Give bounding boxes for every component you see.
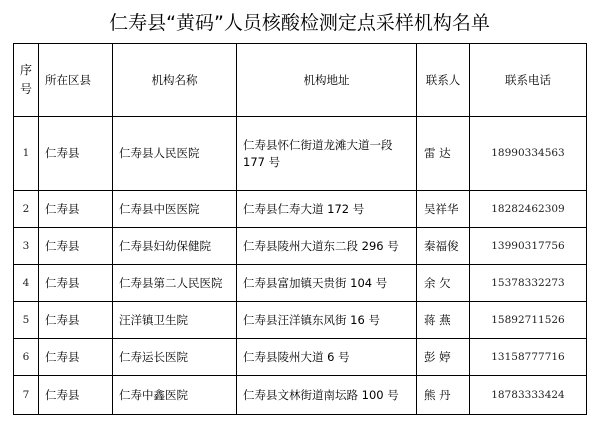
- header-phone: 联系电话: [470, 44, 587, 117]
- cell-district: 仁寿县: [39, 117, 113, 191]
- table-row: 7 仁寿县 仁寿中鑫医院 仁寿县文林街道南坛路 100 号 熊 丹 187833…: [14, 376, 587, 415]
- cell-seq: 5: [14, 302, 39, 339]
- cell-district: 仁寿县: [39, 228, 113, 265]
- cell-seq: 1: [14, 117, 39, 191]
- table-header-row: 序号 所在区县 机构名称 机构地址 联系人 联系电话: [14, 44, 587, 117]
- cell-institution: 仁寿县第二人民医院: [113, 265, 237, 302]
- cell-seq: 6: [14, 339, 39, 376]
- cell-district: 仁寿县: [39, 302, 113, 339]
- cell-phone: 15892711526: [470, 302, 587, 339]
- cell-district: 仁寿县: [39, 376, 113, 415]
- cell-phone: 13158777716: [470, 339, 587, 376]
- cell-institution: 仁寿县妇幼保健院: [113, 228, 237, 265]
- cell-address: 仁寿县陵州大道东二段 296 号: [237, 228, 417, 265]
- cell-institution: 仁寿运长医院: [113, 339, 237, 376]
- header-contact: 联系人: [417, 44, 470, 117]
- cell-contact: 秦福俊: [417, 228, 470, 265]
- cell-seq: 2: [14, 191, 39, 228]
- cell-contact: 蒋 燕: [417, 302, 470, 339]
- cell-seq: 7: [14, 376, 39, 415]
- cell-district: 仁寿县: [39, 191, 113, 228]
- cell-phone: 13990317756: [470, 228, 587, 265]
- cell-phone: 18783333424: [470, 376, 587, 415]
- cell-contact: 熊 丹: [417, 376, 470, 415]
- header-district: 所在区县: [39, 44, 113, 117]
- table-row: 4 仁寿县 仁寿县第二人民医院 仁寿县富加镇天贵街 104 号 余 欠 1537…: [14, 265, 587, 302]
- cell-seq: 3: [14, 228, 39, 265]
- cell-address: 仁寿县怀仁街道龙滩大道一段 177 号: [237, 117, 417, 191]
- header-institution: 机构名称: [113, 44, 237, 117]
- cell-address: 仁寿县汪洋镇东风街 16 号: [237, 302, 417, 339]
- cell-phone: 15378332273: [470, 265, 587, 302]
- cell-contact: 余 欠: [417, 265, 470, 302]
- cell-phone: 18990334563: [470, 117, 587, 191]
- cell-institution: 仁寿中鑫医院: [113, 376, 237, 415]
- cell-institution: 仁寿县中医医院: [113, 191, 237, 228]
- header-seq: 序号: [14, 44, 39, 117]
- cell-address: 仁寿县仁寿大道 172 号: [237, 191, 417, 228]
- cell-contact: 彭 婷: [417, 339, 470, 376]
- table-row: 1 仁寿县 仁寿县人民医院 仁寿县怀仁街道龙滩大道一段 177 号 雷 达 18…: [14, 117, 587, 191]
- table-row: 5 仁寿县 汪洋镇卫生院 仁寿县汪洋镇东风街 16 号 蒋 燕 15892711…: [14, 302, 587, 339]
- table-row: 3 仁寿县 仁寿县妇幼保健院 仁寿县陵州大道东二段 296 号 秦福俊 1399…: [14, 228, 587, 265]
- cell-phone: 18282462309: [470, 191, 587, 228]
- cell-address: 仁寿县文林街道南坛路 100 号: [237, 376, 417, 415]
- cell-institution: 汪洋镇卫生院: [113, 302, 237, 339]
- cell-district: 仁寿县: [39, 265, 113, 302]
- table-row: 6 仁寿县 仁寿运长医院 仁寿县陵州大道 6 号 彭 婷 13158777716: [14, 339, 587, 376]
- document-title: 仁寿县“黄码”人员核酸检测定点采样机构名单: [0, 10, 599, 36]
- cell-contact: 雷 达: [417, 117, 470, 191]
- institution-table: 序号 所在区县 机构名称 机构地址 联系人 联系电话 1 仁寿县 仁寿县人民医院…: [13, 43, 587, 415]
- cell-address: 仁寿县陵州大道 6 号: [237, 339, 417, 376]
- cell-seq: 4: [14, 265, 39, 302]
- cell-contact: 吴祥华: [417, 191, 470, 228]
- cell-district: 仁寿县: [39, 339, 113, 376]
- cell-address: 仁寿县富加镇天贵街 104 号: [237, 265, 417, 302]
- cell-institution: 仁寿县人民医院: [113, 117, 237, 191]
- table-row: 2 仁寿县 仁寿县中医医院 仁寿县仁寿大道 172 号 吴祥华 18282462…: [14, 191, 587, 228]
- header-address: 机构地址: [237, 44, 417, 117]
